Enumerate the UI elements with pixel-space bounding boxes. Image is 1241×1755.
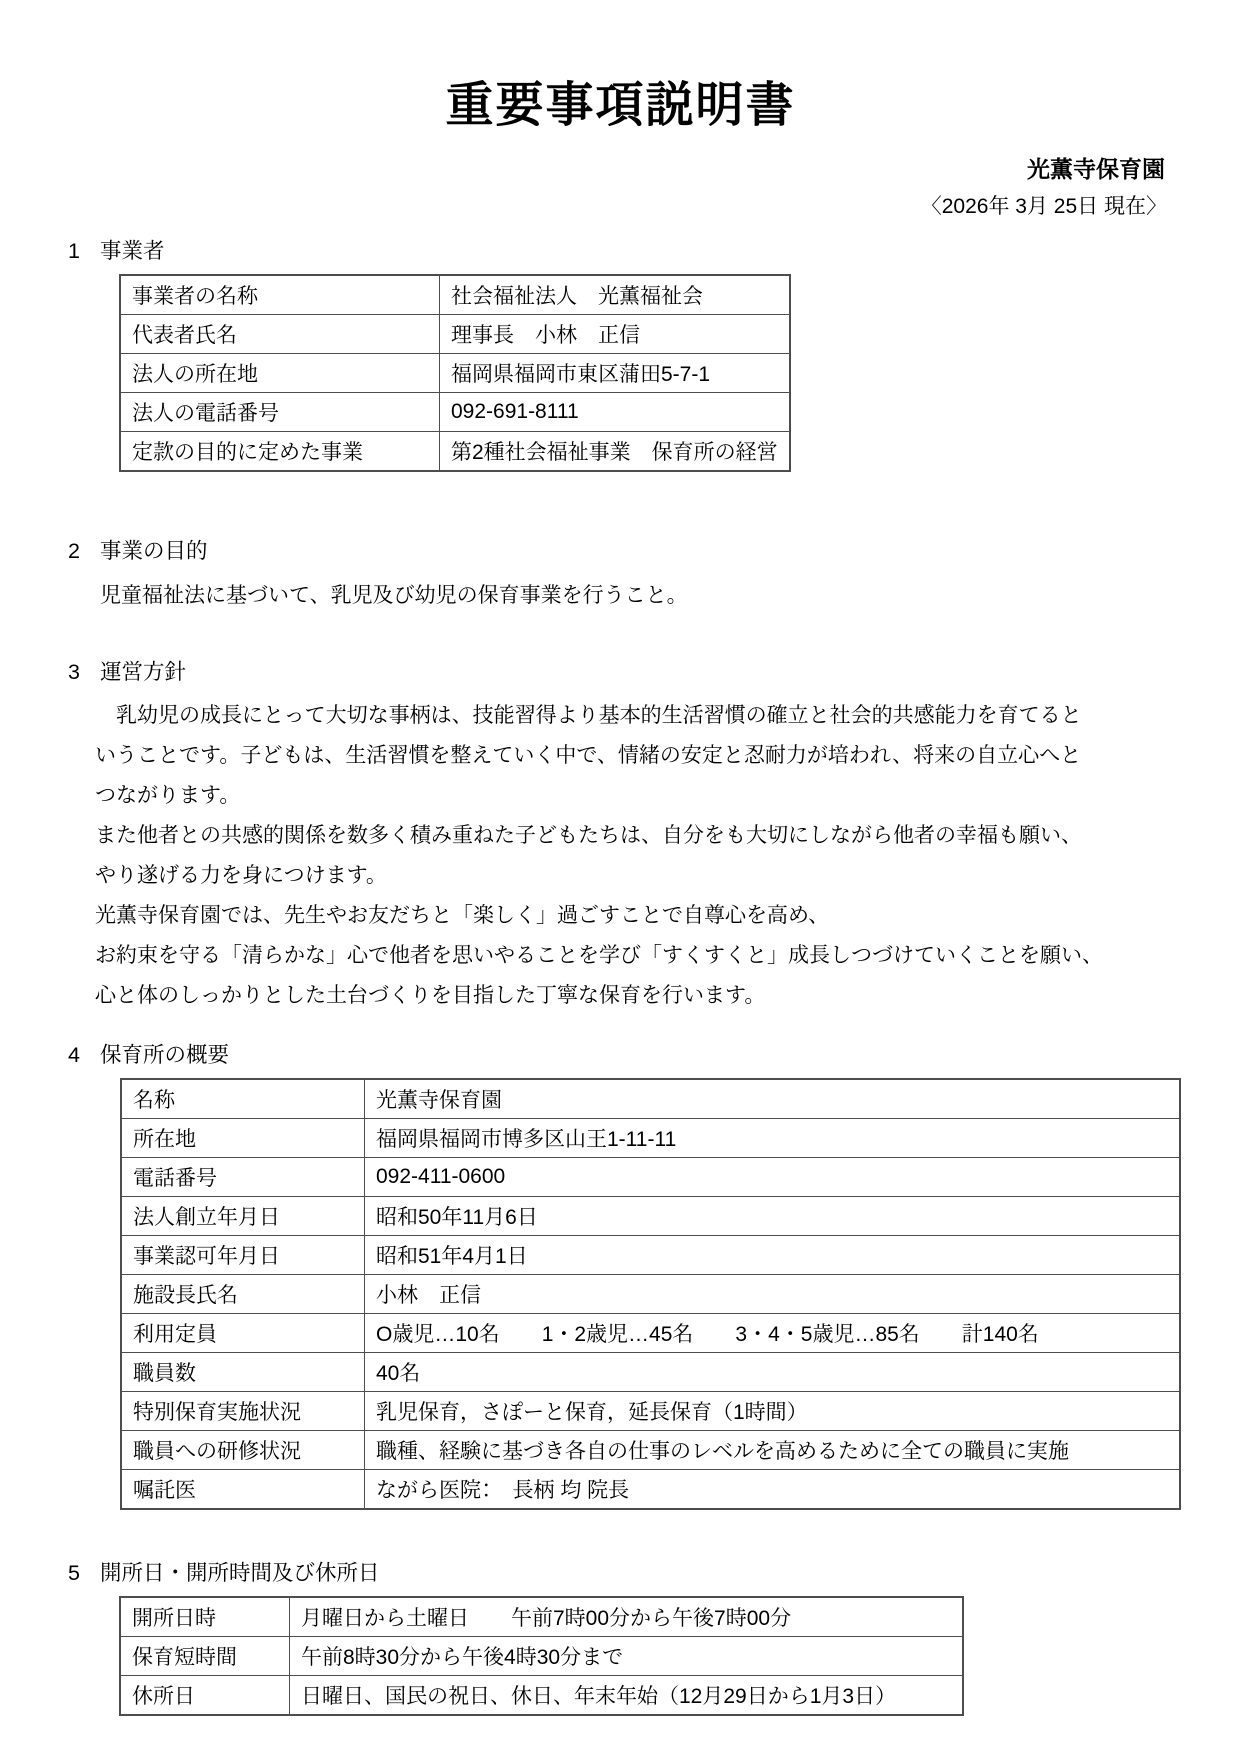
table-row: 事業認可年月日 昭和51年4月1日: [121, 1236, 1180, 1275]
policy-line: 乳幼児の成長にとって大切な事柄は、技能習得より基本的生活習慣の確立と社会的共感能…: [95, 696, 1241, 736]
row-value: 昭和51年4月1日: [365, 1236, 1181, 1275]
table-row: 職員数 40名: [121, 1353, 1180, 1392]
row-label: 職員数: [121, 1353, 365, 1392]
row-label: 利用定員: [121, 1314, 365, 1353]
row-value: 40名: [365, 1353, 1181, 1392]
row-label: 定款の目的に定めた事業: [120, 432, 440, 472]
policy-line: また他者との共感的関係を数多く積み重ねた子どもたちは、自分をも大切にしながら他者…: [95, 816, 1241, 856]
row-value: 第2種社会福祉事業 保育所の経営: [440, 432, 791, 472]
row-label: 名称: [121, 1079, 365, 1119]
row-label: 所在地: [121, 1119, 365, 1158]
table-row: 名称 光薫寺保育園: [121, 1079, 1180, 1119]
section-3-number: 3: [68, 660, 80, 685]
policy-line: 光薫寺保育園では、先生やお友だちと「楽しく」過ごすことで自尊心を高め、: [95, 896, 1241, 936]
row-label: 嘱託医: [121, 1470, 365, 1510]
document-page: 重要事項説明書 光薫寺保育園 〈2026年 3月 25日 現在〉 1事業者 事業…: [0, 0, 1241, 1755]
table-row: 嘱託医 ながら医院： 長柄 均 院長: [121, 1470, 1180, 1510]
row-label: 休所日: [120, 1676, 290, 1716]
row-label: 施設長氏名: [121, 1275, 365, 1314]
row-label: 法人の所在地: [120, 354, 440, 393]
row-label: 事業者の名称: [120, 275, 440, 315]
policy-line: 心と体のしっかりとした土台づくりを目指した丁寧な保育を行います。: [95, 976, 1241, 1016]
section-1-number: 1: [68, 239, 80, 264]
table-row: 法人の電話番号 092-691-8111: [120, 393, 790, 432]
table-row: 施設長氏名 小林 正信: [121, 1275, 1180, 1314]
organization-name: 光薫寺保育園: [0, 151, 1241, 184]
row-value: ながら医院： 長柄 均 院長: [365, 1470, 1181, 1510]
policy-line: つながります。: [95, 776, 1241, 816]
table-row: 電話番号 092-411-0600: [121, 1158, 1180, 1197]
row-label: 事業認可年月日: [121, 1236, 365, 1275]
table-row: 利用定員 O歳児…10名 1・2歳児…45名 3・4・5歳児…85名 計140名: [121, 1314, 1180, 1353]
row-value: 092-691-8111: [440, 393, 791, 432]
row-value: 乳児保育，さぽーと保育，延長保育（1時間）: [365, 1392, 1181, 1431]
policy-line: やり遂げる力を身につけます。: [95, 856, 1241, 896]
table-row: 開所日時 月曜日から土曜日 午前7時00分から午後7時00分: [120, 1597, 963, 1637]
table-row: 法人の所在地 福岡県福岡市東区蒲田5-7-1: [120, 354, 790, 393]
table-row: 代表者氏名 理事長 小林 正信: [120, 315, 790, 354]
row-label: 特別保育実施状況: [121, 1392, 365, 1431]
row-value: 社会福祉法人 光薫福祉会: [440, 275, 791, 315]
row-label: 保育短時間: [120, 1637, 290, 1676]
section-4-title: 保育所の概要: [100, 1043, 229, 1067]
row-value: 092-411-0600: [365, 1158, 1181, 1197]
row-value: 小林 正信: [365, 1275, 1181, 1314]
section-2-heading: 2事業の目的: [0, 534, 1241, 565]
opening-hours-table: 開所日時 月曜日から土曜日 午前7時00分から午後7時00分 保育短時間 午前8…: [119, 1596, 964, 1716]
row-label: 職員への研修状況: [121, 1431, 365, 1470]
section-4-heading: 4保育所の概要: [0, 1038, 1241, 1069]
row-label: 法人の電話番号: [120, 393, 440, 432]
policy-line: いうことです。子どもは、生活習慣を整えていく中で、情緒の安定と忍耐力が培われ、将…: [95, 736, 1241, 776]
table-row: 休所日 日曜日、国民の祝日、休日、年末年始（12月29日から1月3日）: [120, 1676, 963, 1716]
row-value: 理事長 小林 正信: [440, 315, 791, 354]
section-1-title: 事業者: [100, 239, 165, 263]
section-2-title: 事業の目的: [100, 539, 208, 563]
policy-line: お約束を守る「清らかな」心で他者を思いやることを学び「すくすくと」成長しつづけて…: [95, 936, 1241, 976]
table-row: 所在地 福岡県福岡市博多区山王1-11-11: [121, 1119, 1180, 1158]
as-of-date: 〈2026年 3月 25日 現在〉: [0, 190, 1241, 220]
table-row: 職員への研修状況 職種、経験に基づき各自の仕事のレベルを高めるために全ての職員に…: [121, 1431, 1180, 1470]
table-row: 法人創立年月日 昭和50年11月6日: [121, 1197, 1180, 1236]
row-value: 光薫寺保育園: [365, 1079, 1181, 1119]
section-3-title: 運営方針: [100, 660, 186, 684]
row-value: 昭和50年11月6日: [365, 1197, 1181, 1236]
section-5-title: 開所日・開所時間及び休所日: [100, 1561, 380, 1585]
section-5-number: 5: [68, 1561, 80, 1586]
table-row: 事業者の名称 社会福祉法人 光薫福祉会: [120, 275, 790, 315]
row-value: 職種、経験に基づき各自の仕事のレベルを高めるために全ての職員に実施: [365, 1431, 1181, 1470]
section-3-heading: 3運営方針: [0, 655, 1241, 686]
row-label: 電話番号: [121, 1158, 365, 1197]
section-2-number: 2: [68, 539, 80, 564]
business-operator-table: 事業者の名称 社会福祉法人 光薫福祉会 代表者氏名 理事長 小林 正信 法人の所…: [119, 274, 791, 472]
section-1-heading: 1事業者: [0, 234, 1241, 265]
row-value: 月曜日から土曜日 午前7時00分から午後7時00分: [290, 1597, 964, 1637]
section-5-heading: 5開所日・開所時間及び休所日: [0, 1556, 1241, 1587]
row-label: 法人創立年月日: [121, 1197, 365, 1236]
row-value: 日曜日、国民の祝日、休日、年末年始（12月29日から1月3日）: [290, 1676, 964, 1716]
nursery-overview-table: 名称 光薫寺保育園 所在地 福岡県福岡市博多区山王1-11-11 電話番号 09…: [120, 1078, 1181, 1510]
table-row: 特別保育実施状況 乳児保育，さぽーと保育，延長保育（1時間）: [121, 1392, 1180, 1431]
business-purpose-text: 児童福祉法に基づいて、乳児及び幼児の保育事業を行うこと。: [0, 579, 1241, 609]
management-policy-paragraph: 乳幼児の成長にとって大切な事柄は、技能習得より基本的生活習慣の確立と社会的共感能…: [0, 696, 1241, 1016]
table-row: 保育短時間 午前8時30分から午後4時30分まで: [120, 1637, 963, 1676]
document-title: 重要事項説明書: [0, 66, 1241, 135]
row-label: 代表者氏名: [120, 315, 440, 354]
row-value: O歳児…10名 1・2歳児…45名 3・4・5歳児…85名 計140名: [365, 1314, 1181, 1353]
table-row: 定款の目的に定めた事業 第2種社会福祉事業 保育所の経営: [120, 432, 790, 472]
section-4-number: 4: [68, 1043, 80, 1068]
row-value: 福岡県福岡市博多区山王1-11-11: [365, 1119, 1181, 1158]
row-value: 福岡県福岡市東区蒲田5-7-1: [440, 354, 791, 393]
row-label: 開所日時: [120, 1597, 290, 1637]
row-value: 午前8時30分から午後4時30分まで: [290, 1637, 964, 1676]
